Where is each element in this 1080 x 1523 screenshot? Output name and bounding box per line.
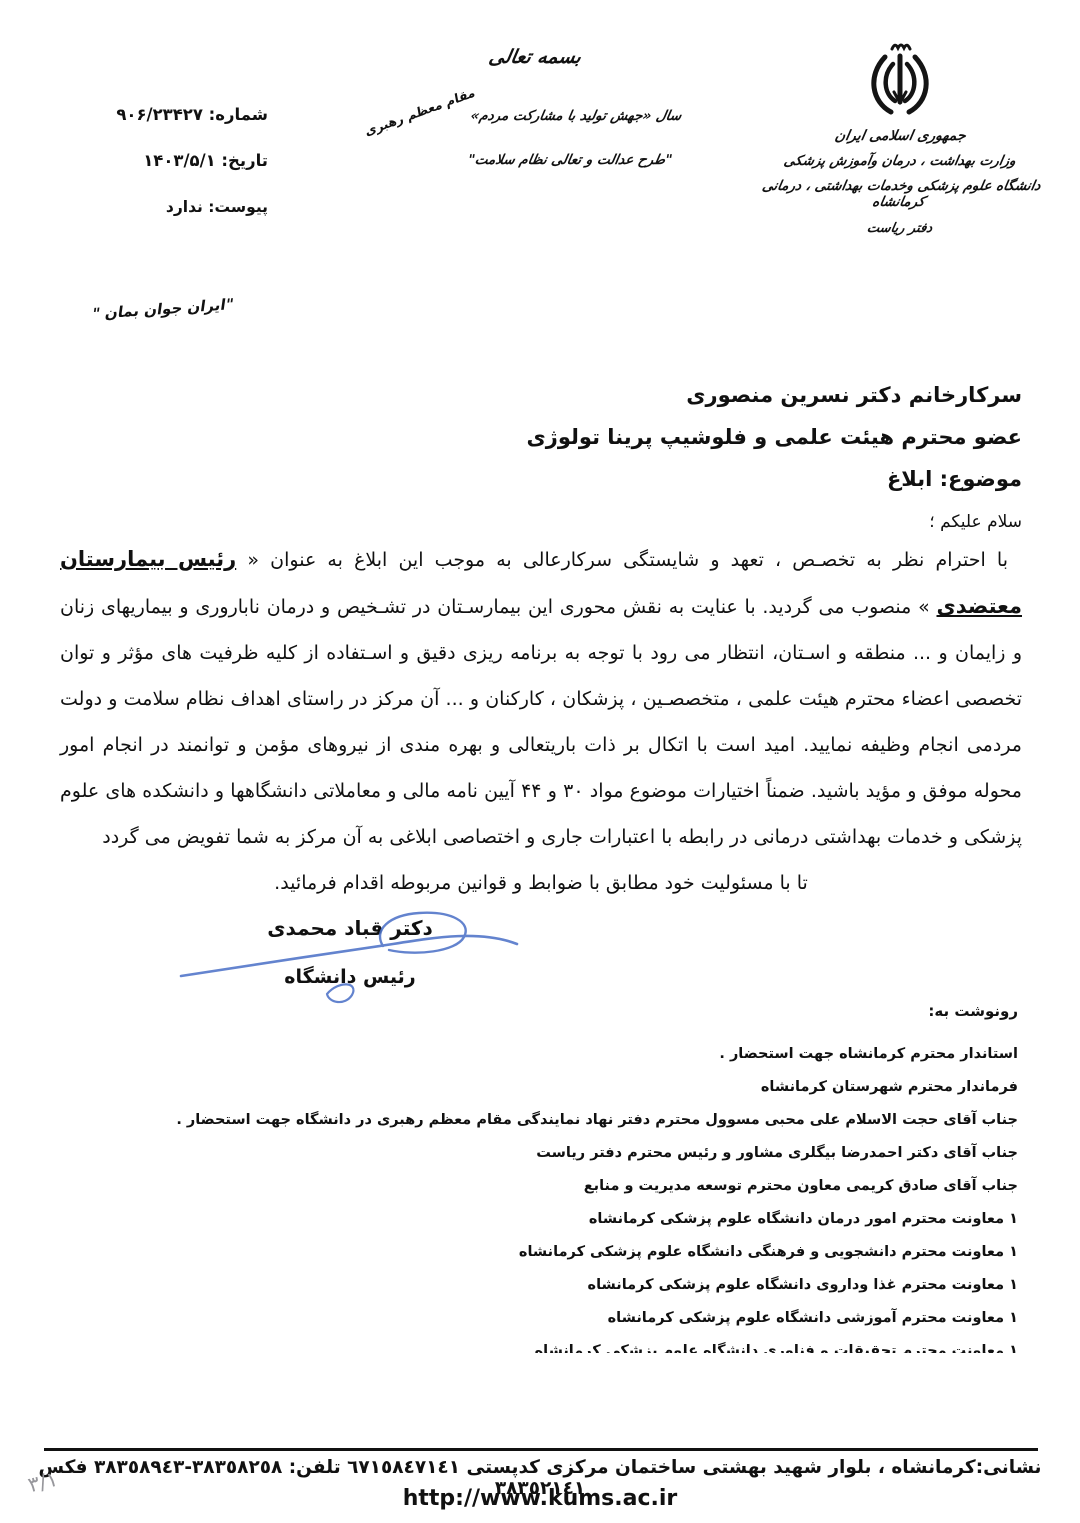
letter-number-label: شماره: — [209, 105, 268, 124]
year-slogan: سال «جهش تولید با مشارکت مردم» — [445, 108, 708, 124]
letter-date-value: ۱۴۰۳/۵/۱ — [143, 151, 215, 170]
recipient-name: سرکارخانم دکتر نسرین منصوری — [60, 374, 1022, 416]
letterhead-right: جمهوری اسلامی ایران وزارت بهداشت ، درمان… — [750, 40, 1050, 236]
bismillah-text: بسمه تعالی — [358, 46, 712, 68]
iran-motto: "ایران جوان بمان " — [91, 295, 235, 323]
cc-label: رونوشت به: — [40, 1002, 1018, 1038]
cc-item: ۱ معاونت محترم آموزشی دانشگاه علوم پزشکی… — [40, 1302, 1018, 1335]
letterhead-center: بسمه تعالی سال «جهش تولید با مشارکت مردم… — [360, 42, 710, 202]
org-university: دانشگاه علوم پزشکی وخدمات بهداشتی ، درما… — [747, 178, 1053, 210]
recipient-role: عضو محترم هیئت علمی و فلوشیپ پرینا تولوژ… — [60, 416, 1022, 458]
letter-date-row: تاریخ: ۱۴۰۳/۵/۱ — [88, 151, 268, 170]
org-ministry: وزارت بهداشت ، درمان وآموزش پزشکی — [783, 153, 1018, 169]
cc-item: جناب آقای حجت الاسلام علی محبی مسوول محت… — [40, 1104, 1018, 1137]
letterhead-left: شماره: ۹۰۶/۲۳۴۲۷ تاریخ: ۱۴۰۳/۵/۱ پیوست: … — [88, 105, 268, 216]
letter-number-row: شماره: ۹۰۶/۲۳۴۲۷ — [88, 105, 268, 124]
org-country: جمهوری اسلامی ایران — [833, 128, 967, 144]
cc-item: ۱ معاونت محترم غذا وداروی دانشگاه علوم پ… — [40, 1269, 1018, 1302]
signer-name: دکتر قباد محمدی — [200, 916, 500, 940]
cc-item: ۱ معاونت محترم امور درمان دانشگاه علوم پ… — [40, 1203, 1018, 1236]
footer-divider — [44, 1448, 1038, 1451]
attachment-label: پیوست: — [208, 198, 268, 216]
cc-item: استاندار محترم کرمانشاه جهت استحضار . — [40, 1038, 1018, 1071]
iran-emblem-icon — [864, 40, 936, 124]
health-plan-slogan: "طرح عدالت و تعالی نظام سلامت" — [449, 152, 692, 168]
cc-item: فرماندار محترم شهرستان کرمانشاه — [40, 1071, 1018, 1104]
body-opening: با احترام نظر به تخصـص ، تعهد و شایستگی … — [236, 549, 1008, 571]
footer-website-url: http://www.kums.ac.ir — [0, 1486, 1080, 1511]
cc-item: جناب آقای صادق کریمی معاون محترم توسعه م… — [40, 1170, 1018, 1203]
letter-date-label: تاریخ: — [221, 151, 268, 170]
org-office: دفتر ریاست — [866, 221, 934, 236]
recipient-block: سرکارخانم دکتر نسرین منصوری عضو محترم هی… — [60, 374, 1022, 542]
letter-attachment-row: پیوست: ندارد — [88, 198, 268, 216]
attachment-value: ندارد — [166, 198, 203, 216]
cc-item: جناب آقای دکتر احمدرضا بیگلری مشاور و رئ… — [40, 1137, 1018, 1170]
body-closing: تا با مسئولیت خود مطابق با ضوابط و قوانی… — [60, 860, 1022, 906]
letter-page: جمهوری اسلامی ایران وزارت بهداشت ، درمان… — [0, 0, 1080, 1523]
cc-item: ۱ معاونت محترم دانشجویی و فرهنگی دانشگاه… — [40, 1236, 1018, 1269]
cc-item: ۱ معاونت محترم تحقیقات و فناوری دانشگاه … — [40, 1335, 1018, 1353]
letter-body: با احترام نظر به تخصـص ، تعهد و شایستگی … — [60, 536, 1022, 906]
body-paragraph: با احترام نظر به تخصـص ، تعهد و شایستگی … — [60, 536, 1022, 860]
letter-number-value: ۹۰۶/۲۳۴۲۷ — [116, 105, 203, 124]
signature-block: دکتر قباد محمدی رئیس دانشگاه — [200, 916, 500, 988]
body-continuation: » منصوب می گردید. با عنایت به نقش محوری … — [60, 596, 1022, 848]
subject-line: موضوع: ابلاغ — [60, 458, 1022, 500]
cc-block: رونوشت به: استاندار محترم کرمانشاه جهت ا… — [40, 1002, 1018, 1353]
signer-title: رئیس دانشگاه — [200, 966, 500, 988]
